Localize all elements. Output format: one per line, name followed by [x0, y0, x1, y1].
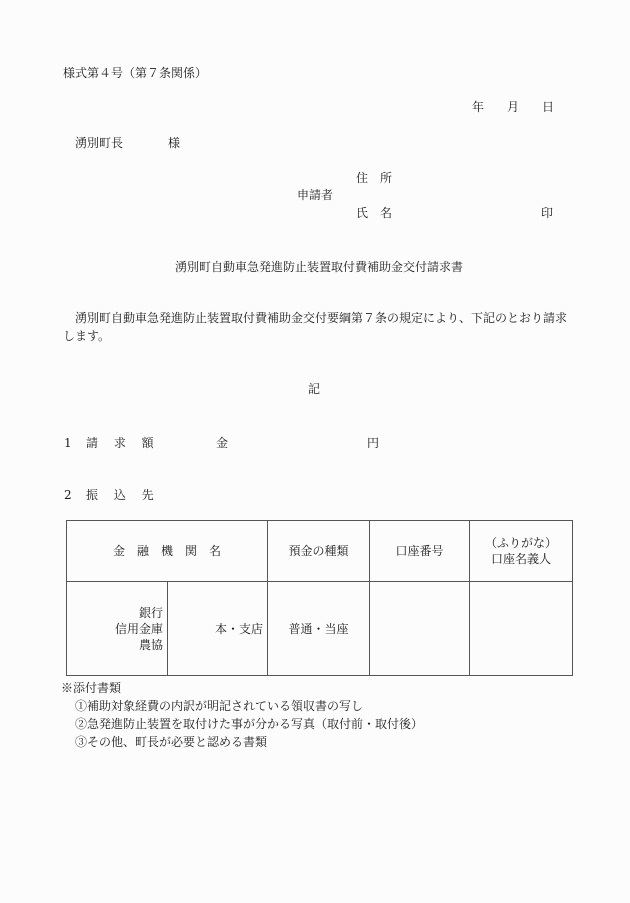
header-account-holder: （ふりがな） 口座名義人	[470, 521, 573, 582]
item2-number: 2	[64, 488, 72, 502]
attachments-section: ※添付書類 ①補助対象経費の内訳が明記されている領収書の写し ②急発進防止装置を…	[63, 679, 423, 751]
addressee-honorific: 様	[168, 136, 180, 150]
account-number-cell[interactable]	[370, 582, 470, 676]
deposit-options: 普通・当座	[289, 622, 349, 636]
item1-yen: 円	[367, 436, 379, 450]
applicant-name-label: 氏 名	[356, 206, 392, 220]
header-deposit-type: 預金の種類	[268, 521, 370, 582]
header-account-number: 口座番号	[370, 521, 470, 582]
item1-kin: 金	[216, 436, 228, 450]
date-year-label: 年	[472, 100, 484, 114]
item1-label: 請 求 額	[86, 436, 160, 450]
attachment-item: ①補助対象経費の内訳が明記されている領収書の写し	[63, 697, 423, 715]
institution-type-shinkin: 信用金庫	[67, 621, 163, 637]
deposit-type-cell[interactable]: 普通・当座	[268, 582, 370, 676]
table-header-row: 金 融 機 関 名 預金の種類 口座番号 （ふりがな） 口座名義人	[67, 521, 573, 582]
applicant-label: 申請者	[297, 188, 333, 202]
date-month-label: 月	[507, 100, 519, 114]
branch-label: 本・支店	[215, 622, 263, 636]
institution-type-cell[interactable]: 銀行 信用金庫 農協	[67, 582, 168, 676]
institution-type-nokyo: 農協	[67, 637, 163, 653]
item1-number: 1	[64, 436, 72, 450]
attachments-heading: ※添付書類	[61, 679, 423, 697]
item2-label: 振 込 先	[86, 488, 160, 502]
header-holder-furigana: （ふりがな）	[470, 535, 572, 551]
branch-cell[interactable]: 本・支店	[168, 582, 268, 676]
date-day-label: 日	[542, 100, 554, 114]
form-number: 様式第４号（第７条関係）	[63, 66, 207, 80]
body-line-1: 湧別町自動車急発進防止装置取付費補助金交付要綱第７条の規定により、下記のとおり請…	[75, 311, 567, 325]
document-title: 湧別町自動車急発進防止装置取付費補助金交付請求書	[175, 260, 463, 274]
applicant-address-label: 住 所	[356, 171, 392, 185]
attachment-item: ③その他、町長が必要と認める書類	[63, 733, 423, 751]
bank-account-table: 金 融 機 関 名 預金の種類 口座番号 （ふりがな） 口座名義人 銀行 信用金…	[66, 520, 573, 676]
table-row: 銀行 信用金庫 農協 本・支店 普通・当座	[67, 582, 573, 676]
body-line-2: します。	[63, 329, 110, 343]
institution-type-bank: 銀行	[67, 605, 163, 621]
header-holder-name: 口座名義人	[470, 551, 572, 567]
addressee-name: 湧別町長	[75, 136, 123, 150]
ki-label: 記	[308, 382, 320, 396]
account-holder-cell[interactable]	[470, 582, 573, 676]
attachment-item: ②急発進防止装置を取付けた事が分かる写真（取付前・取付後）	[63, 715, 423, 733]
seal-label: 印	[541, 206, 553, 220]
header-institution: 金 融 機 関 名	[67, 521, 268, 582]
